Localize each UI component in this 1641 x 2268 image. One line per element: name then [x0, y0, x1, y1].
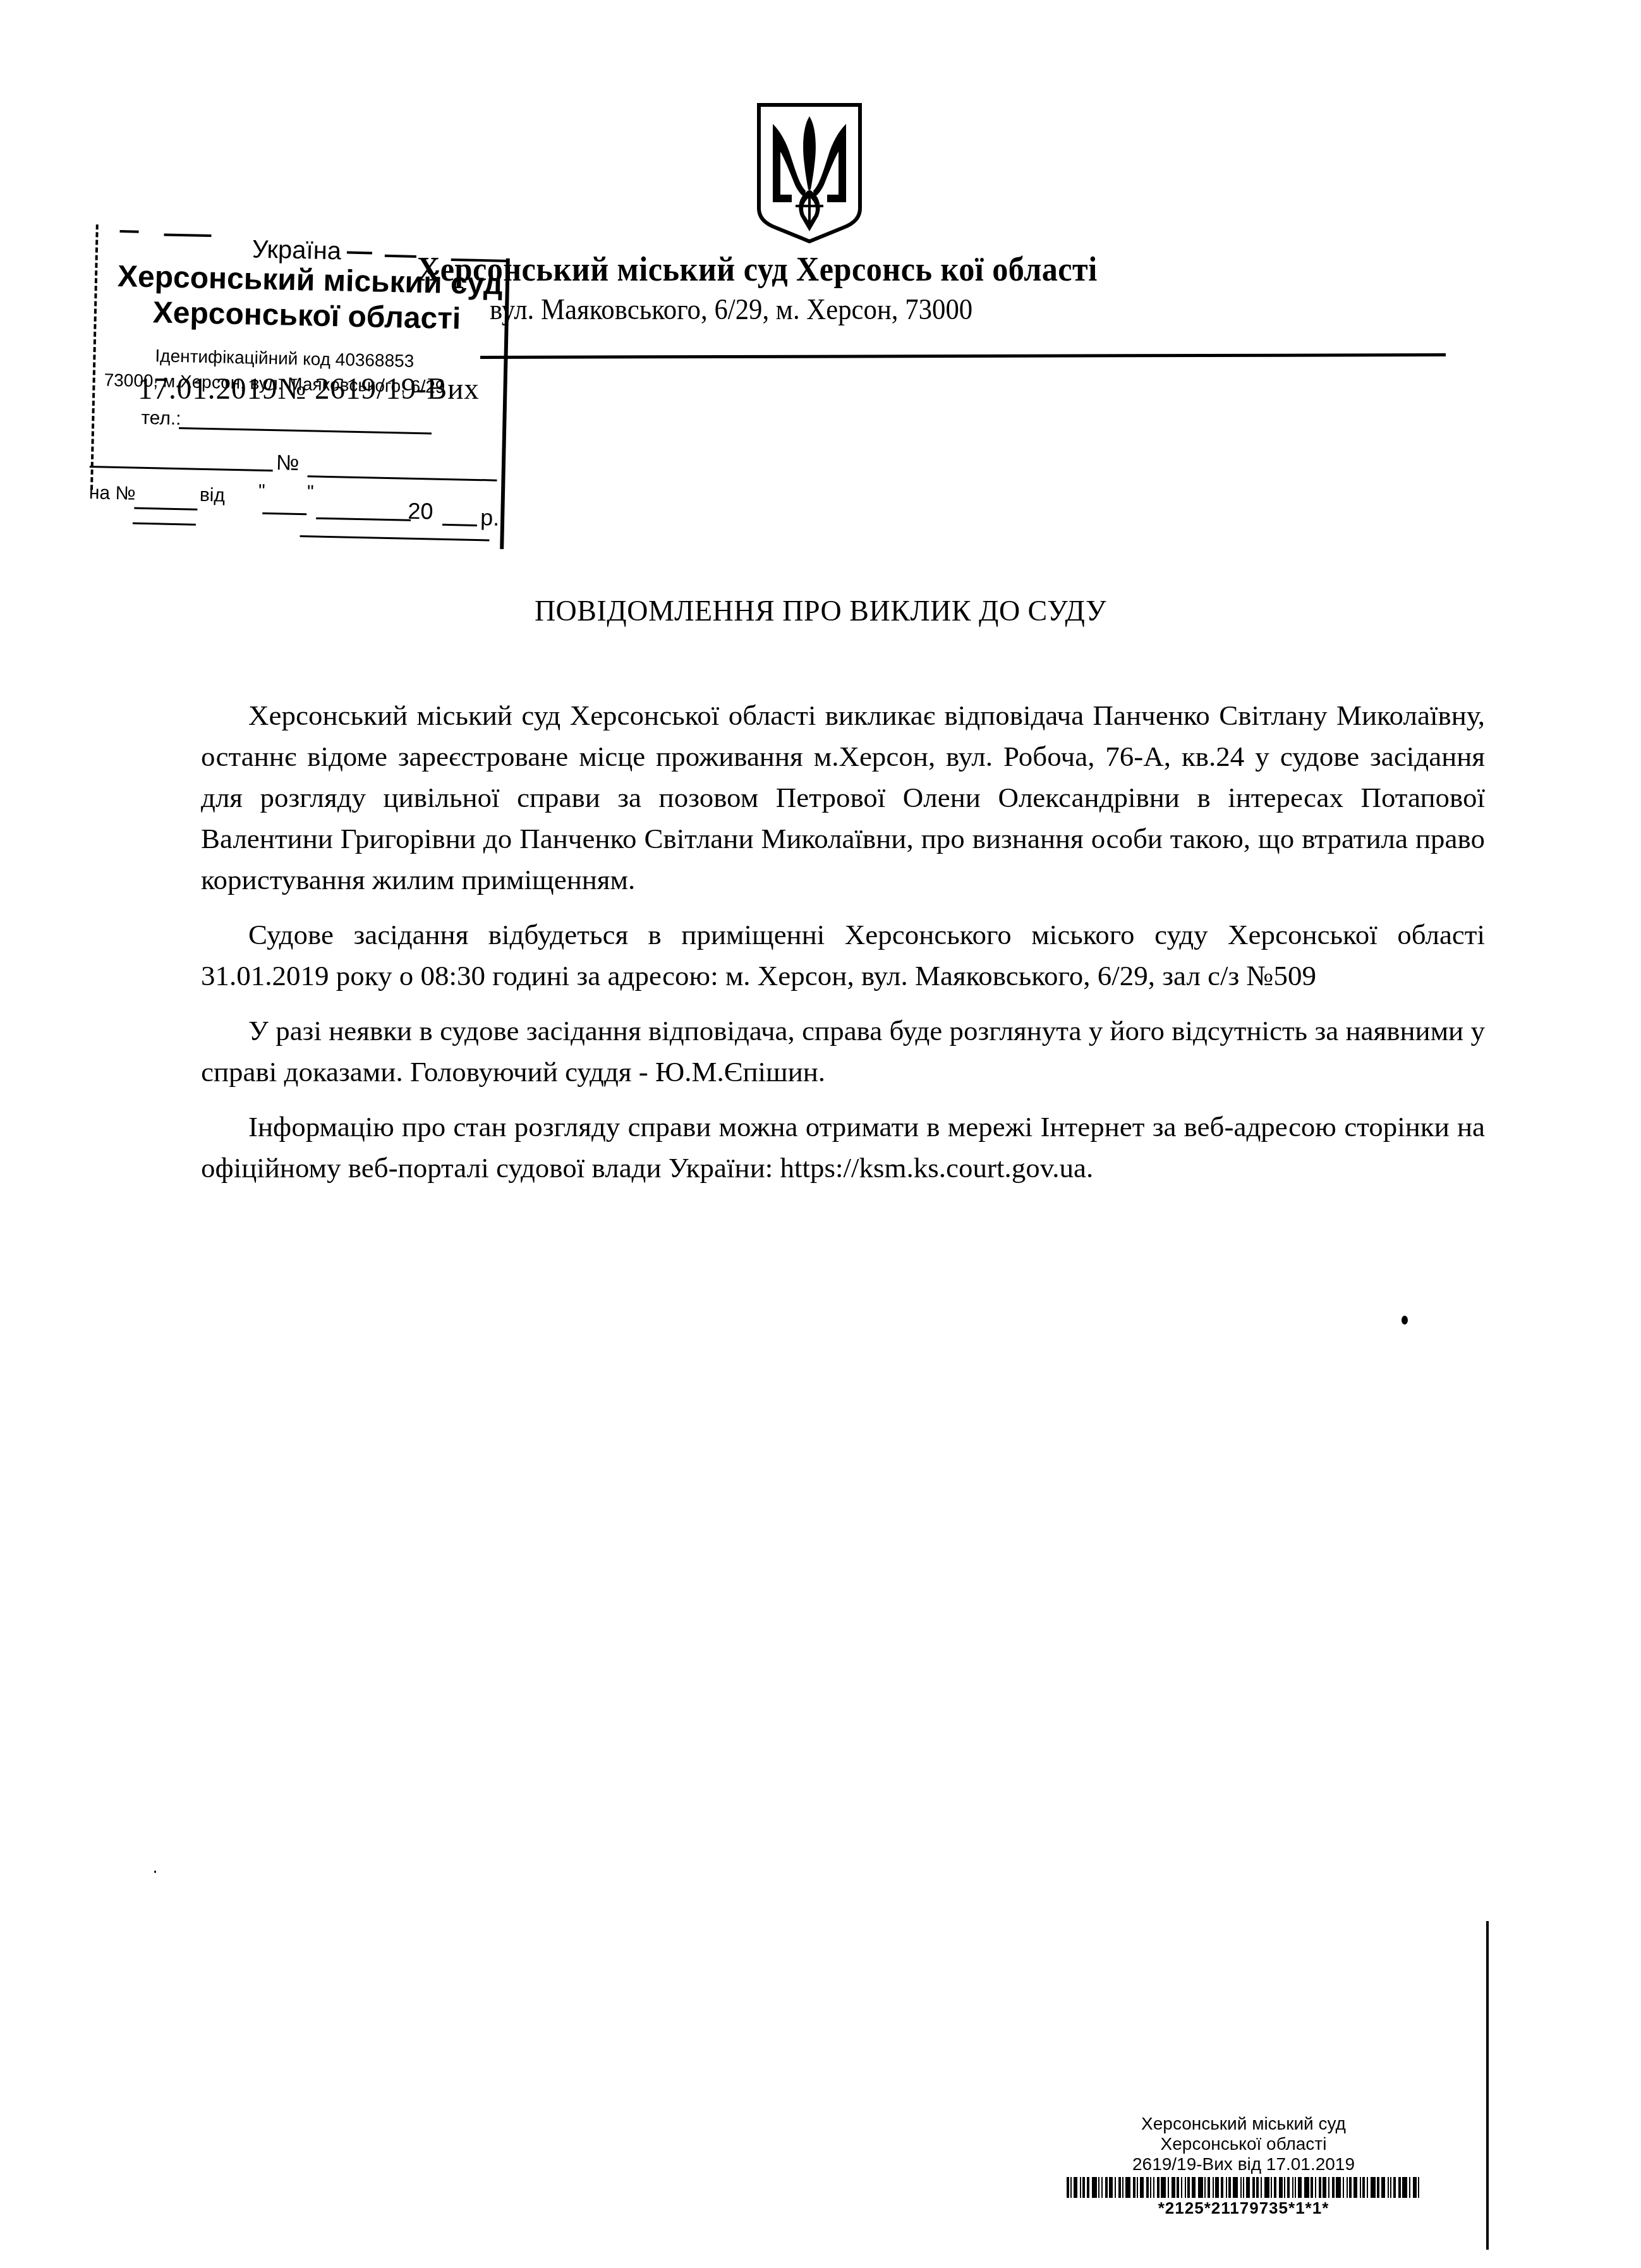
- stamp-day-line: [262, 512, 306, 515]
- header-divider: [480, 353, 1446, 359]
- stamp-number-label: №: [276, 451, 300, 476]
- stamp-border-top: [347, 252, 372, 255]
- stamp-from-label: від: [199, 485, 225, 507]
- barcode-region: Херсонської області: [991, 2134, 1496, 2154]
- stamp-quote-close: ": [307, 482, 314, 503]
- stamp-month-line: [316, 518, 411, 521]
- stamp-border-top: [385, 255, 416, 258]
- court-name-heading: Херсонський міський суд Херсонсь кої обл…: [417, 250, 1098, 289]
- stamp-year-prefix: 20: [408, 498, 433, 525]
- stamp-country: Україна: [252, 235, 342, 265]
- stamp-region: Херсонської області: [152, 295, 461, 336]
- document-body: Херсонський міський суд Херсонської обла…: [201, 695, 1485, 1203]
- barcode-label: Херсонський міський суд Херсонської обла…: [991, 2114, 1496, 2217]
- stamp-id-code: Ідентифікаційний код 40368853: [155, 346, 415, 372]
- stamp-blank-line: [90, 466, 273, 471]
- stamp-ref-label: на №: [89, 482, 136, 505]
- barcode-court-name: Херсонський міський суд: [991, 2114, 1496, 2134]
- scan-speck: [1402, 1316, 1408, 1325]
- stamp-blank-line: [133, 523, 196, 526]
- stamp-tel-line: [179, 427, 432, 434]
- stamp-year-suffix: р.: [480, 504, 500, 531]
- paragraph-absence-notice: У разі неявки в судове засідання відпові…: [201, 1010, 1485, 1093]
- paragraph-hearing-details: Судове засідання відбудеться в приміщенн…: [201, 914, 1485, 997]
- ukraine-coat-of-arms-icon: [755, 101, 866, 243]
- stamp-number-line: [307, 475, 497, 481]
- page-edge-mark: [1486, 1921, 1489, 2250]
- stamp-border-right: [500, 258, 510, 549]
- stamp-border-left: [90, 224, 101, 490]
- stamp-ref-line: [134, 507, 197, 511]
- stamp-blank-line: [300, 535, 489, 541]
- court-address: вул. Маяковського, 6/29, м. Херсон, 7300…: [490, 293, 972, 326]
- document-title: ПОВІДОМЛЕННЯ ПРО ВИКЛИК ДО СУДУ: [0, 594, 1641, 628]
- barcode-code: *2125*21179735*1*1*: [991, 2199, 1496, 2217]
- stamp-tel-label: тел.:: [141, 408, 181, 430]
- paragraph-case-info-url: Інформацію про стан розгляду справи можн…: [201, 1107, 1485, 1189]
- barcode-doc-ref: 2619/19-Вих від 17.01.2019: [991, 2154, 1496, 2174]
- outgoing-registration-number: 17.01.2019№ 2619/19-Вих: [138, 372, 480, 406]
- scan-speck: [154, 1871, 156, 1873]
- stamp-quote-open: ": [258, 481, 265, 502]
- barcode-icon: [997, 2177, 1490, 2198]
- stamp-border-top: [164, 234, 211, 238]
- stamp-border-top: [120, 230, 139, 233]
- stamp-year-line: [442, 524, 477, 526]
- stamp-border-top: [451, 258, 508, 262]
- paragraph-summons: Херсонський міський суд Херсонської обла…: [201, 695, 1485, 901]
